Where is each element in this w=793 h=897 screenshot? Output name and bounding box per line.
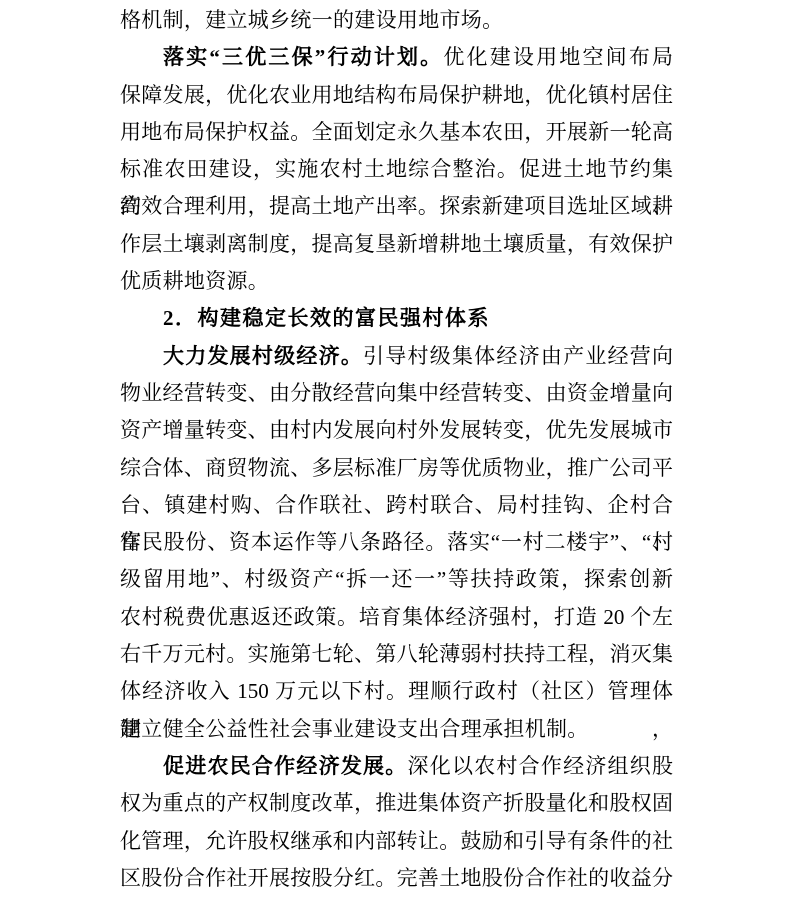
text-line: 右千万元村。实施第七轮、第八轮薄弱村扶持工程，消灭集 [120, 636, 673, 673]
text-line: 作层土壤剥离制度，提高复垦新增耕地土壤质量，有效保护 [120, 226, 673, 263]
text-run: 权为重点的产权制度改革，推进集体资产折股量化和股权固 [120, 791, 673, 815]
bold-text-run: 大力发展村级经济。 [163, 344, 363, 368]
text-run: 格机制，建立城乡统一的建设用地市场。 [120, 8, 503, 32]
document-page: 格机制，建立城乡统一的建设用地市场。落实“三优三保”行动计划。优化建设用地空间布… [0, 0, 793, 897]
text-run: 物业经营转变、由分散经营向集中经营转变、由资金增量向 [120, 381, 673, 405]
text-line: 保障发展，优化农业用地结构布局保护耕地，优化镇村居住 [120, 77, 673, 114]
text-line: 级留用地”、村级资产“拆一还一”等扶持政策，探索创新 [120, 561, 673, 598]
bold-text-run: 落实“三优三保”行动计划。 [163, 45, 443, 69]
text-line: 台、镇建村购、合作联社、跨村联合、局村挂钩、企村合作、 [120, 487, 673, 524]
text-line: 落实“三优三保”行动计划。优化建设用地空间布局 [120, 39, 673, 76]
text-run: 级留用地”、村级资产“拆一还一”等扶持政策，探索创新 [120, 567, 673, 591]
text-run: 富民股份、资本运作等八条路径。落实“一村二楼宇”、“村 [120, 530, 673, 554]
text-line: 物业经营转变、由分散经营向集中经营转变、由资金增量向 [120, 375, 673, 412]
bold-text-run: 2．构建稳定长效的富民强村体系 [163, 306, 490, 330]
text-run: 综合体、商贸物流、多层标准厂房等优质物业，推广公司平 [120, 456, 673, 480]
text-run: 右千万元村。实施第七轮、第八轮薄弱村扶持工程，消灭集 [120, 642, 673, 666]
text-line: 大力发展村级经济。引导村级集体经济由产业经营向 [120, 338, 673, 375]
text-run: 作层土壤剥离制度，提高复垦新增耕地土壤质量，有效保护 [120, 232, 673, 256]
text-run: 区股份合作社开展按股分红。完善土地股份合作社的收益分 [120, 866, 673, 890]
text-line: 优质耕地资源。 [120, 263, 673, 300]
bold-text-run: 促进农民合作经济发展。 [163, 754, 408, 778]
text-line: 促进农民合作经济发展。深化以农村合作经济组织股 [120, 748, 673, 785]
text-line: 体经济收入 150 万元以下村。理顺行政村（社区）管理体制， [120, 673, 673, 710]
text-line: 化管理，允许股权继承和内部转让。鼓励和引导有条件的社 [120, 823, 673, 860]
text-run: 高效合理利用，提高土地产出率。探索新建项目选址区域耕 [120, 194, 673, 218]
text-line: 农村税费优惠返还政策。培育集体经济强村，打造 20 个左 [120, 599, 673, 636]
text-run: 建立健全公益性社会事业建设支出合理承担机制。 [120, 717, 589, 741]
text-run: 资产增量转变、由村内发展向村外发展转变，优先发展城市 [120, 418, 673, 442]
text-line: 资产增量转变、由村内发展向村外发展转变，优先发展城市 [120, 412, 673, 449]
text-run: 引导村级集体经济由产业经营向 [363, 344, 673, 368]
text-run: 深化以农村合作经济组织股 [408, 754, 674, 778]
text-line: 区股份合作社开展按股分红。完善土地股份合作社的收益分 [120, 860, 673, 897]
text-run: 优质耕地资源。 [120, 269, 269, 293]
text-line: 综合体、商贸物流、多层标准厂房等优质物业，推广公司平 [120, 450, 673, 487]
text-line: 高效合理利用，提高土地产出率。探索新建项目选址区域耕 [120, 188, 673, 225]
text-line: 权为重点的产权制度改革，推进集体资产折股量化和股权固 [120, 785, 673, 822]
text-run: 优化建设用地空间布局 [443, 45, 673, 69]
text-run: 农村税费优惠返还政策。培育集体经济强村，打造 20 个左 [120, 605, 673, 629]
text-line: 标准农田建设，实施农村土地综合整治。促进土地节约集约、 [120, 151, 673, 188]
text-line: 格机制，建立城乡统一的建设用地市场。 [120, 2, 673, 39]
text-block: 格机制，建立城乡统一的建设用地市场。落实“三优三保”行动计划。优化建设用地空间布… [120, 2, 673, 897]
text-run: 用地布局保护权益。全面划定永久基本农田，开展新一轮高 [120, 120, 673, 144]
text-run: 保障发展，优化农业用地结构布局保护耕地，优化镇村居住 [120, 83, 673, 107]
text-line: 用地布局保护权益。全面划定永久基本农田，开展新一轮高 [120, 114, 673, 151]
text-line: 富民股份、资本运作等八条路径。落实“一村二楼宇”、“村 [120, 524, 673, 561]
text-run: 化管理，允许股权继承和内部转让。鼓励和引导有条件的社 [120, 829, 673, 853]
section-heading-line: 2．构建稳定长效的富民强村体系 [120, 300, 673, 337]
